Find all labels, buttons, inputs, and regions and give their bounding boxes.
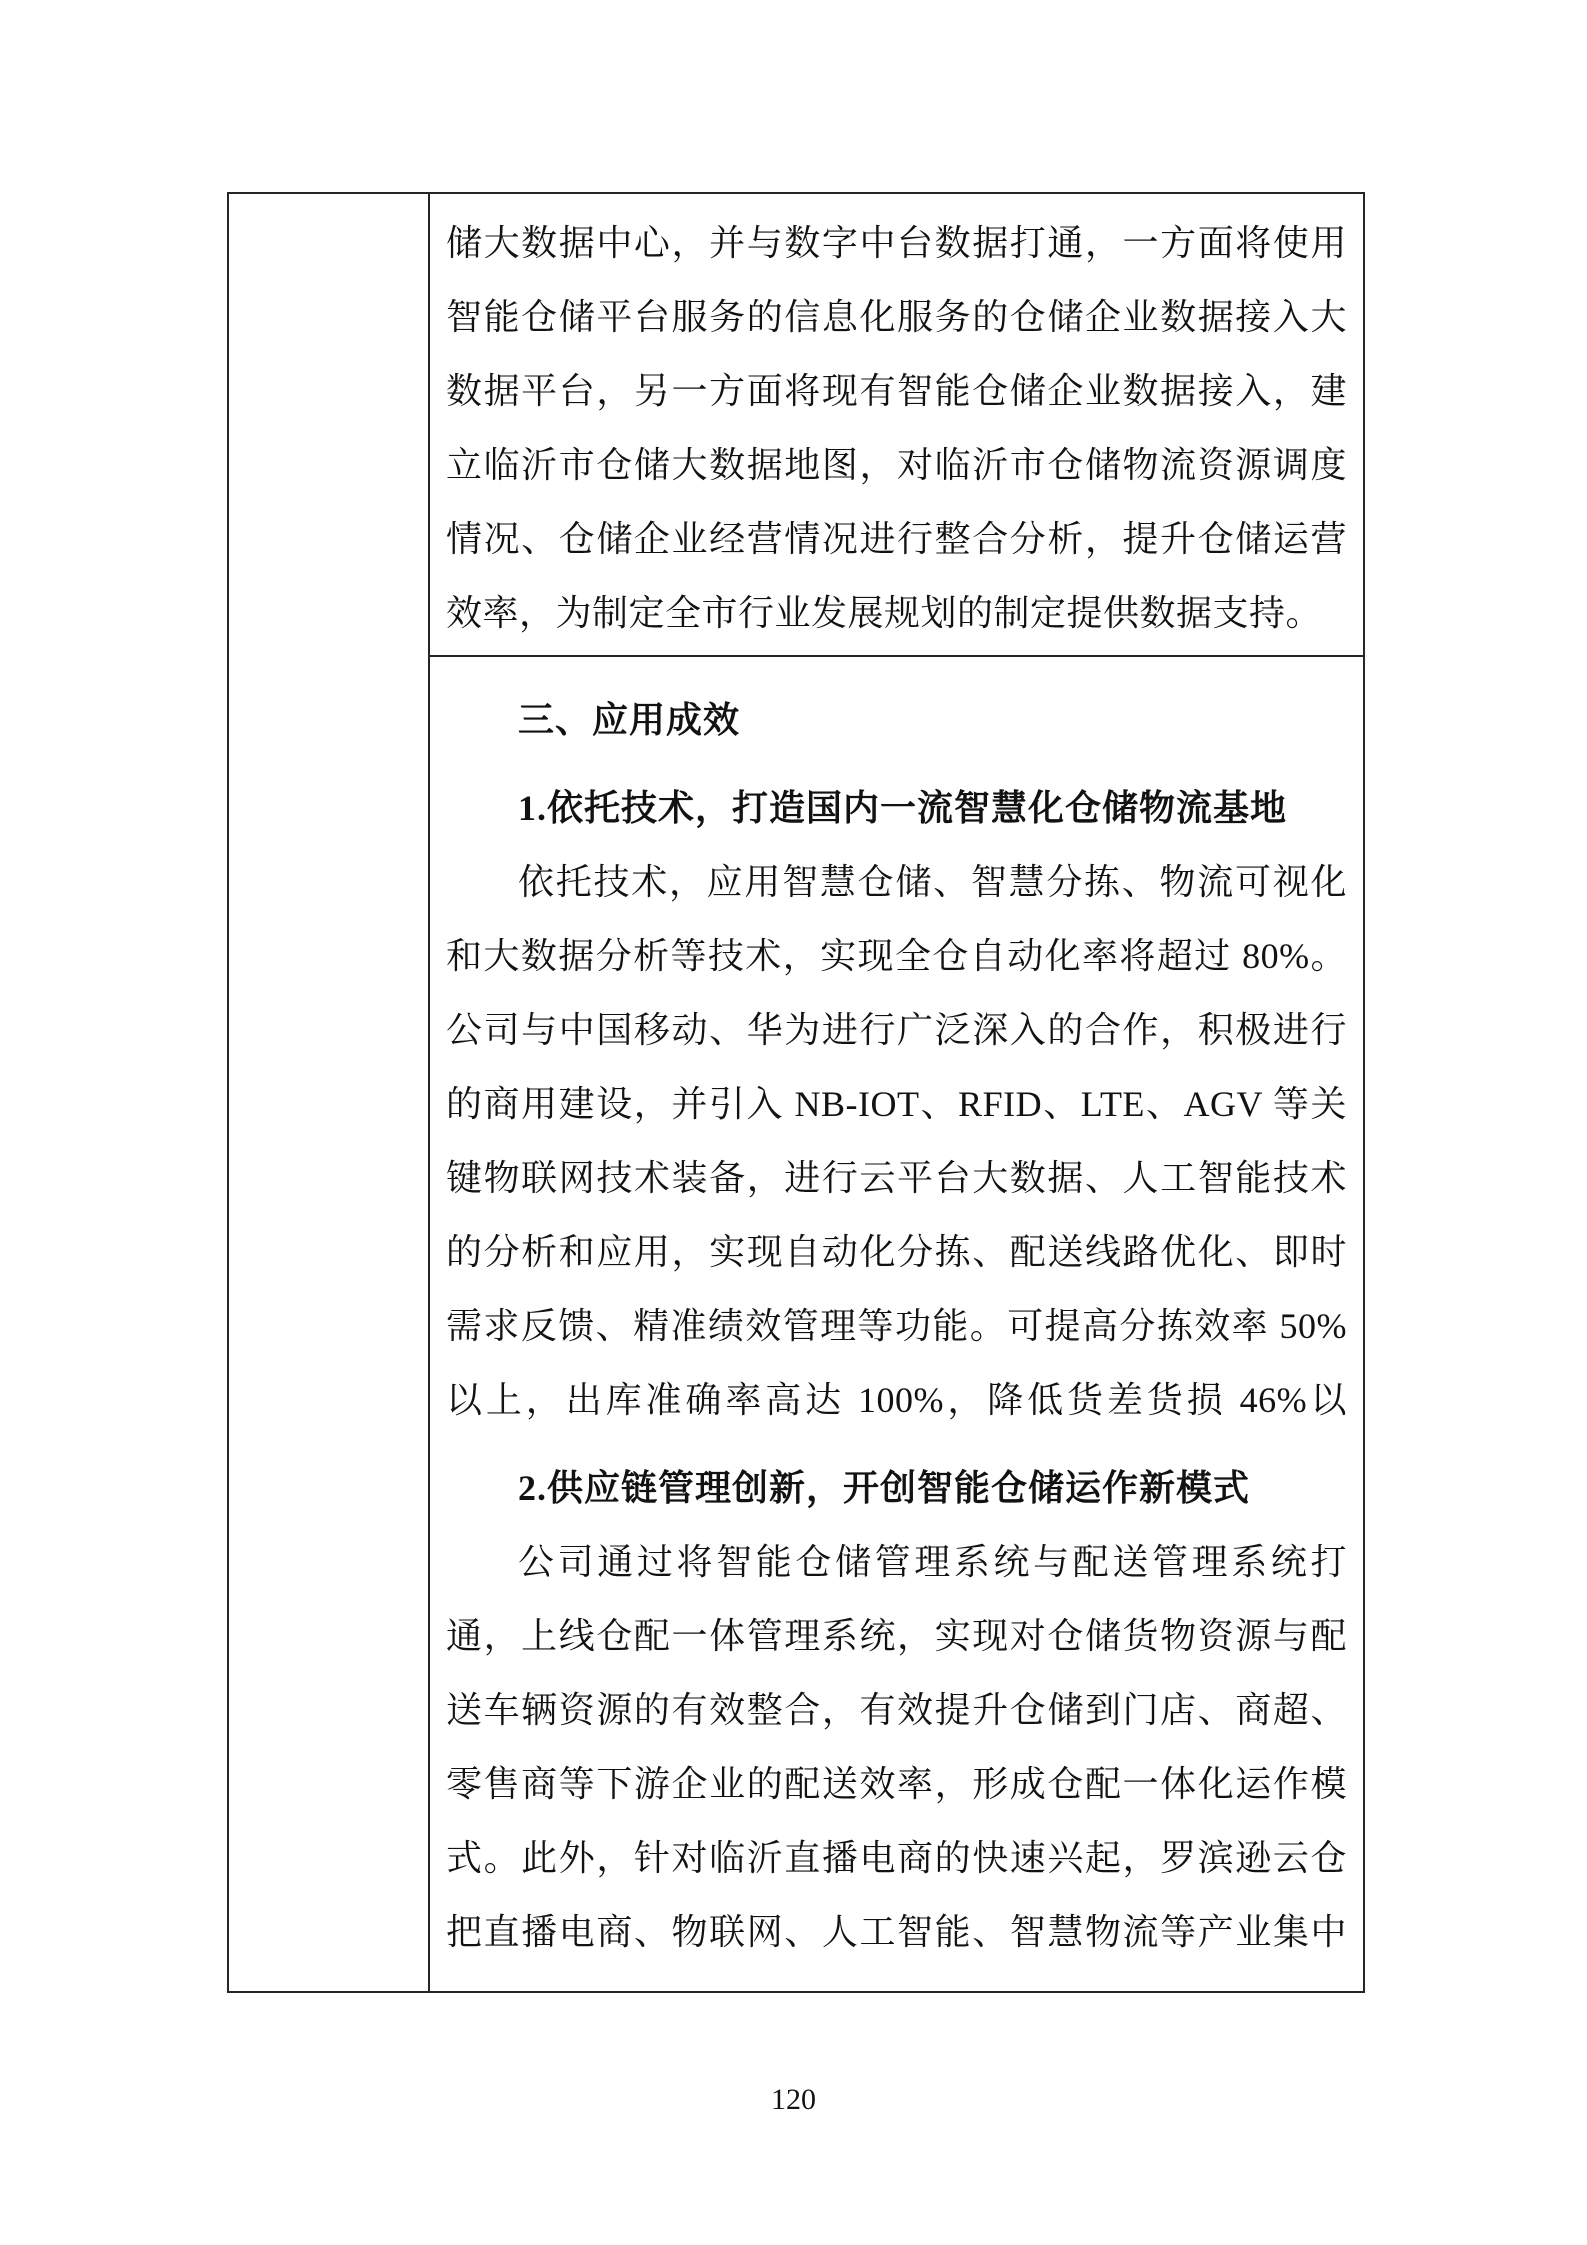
text-line: 的分析和应用，实现自动化分拣、配送线路优化、即时: [446, 1215, 1347, 1289]
text-line: 智能仓储平台服务的信息化服务的仓储企业数据接入大: [446, 280, 1347, 354]
table-content-column: 储大数据中心，并与数字中台数据打通，一方面将使用智能仓储平台服务的信息化服务的仓…: [430, 194, 1363, 1991]
carryover-paragraph-cell: 储大数据中心，并与数字中台数据打通，一方面将使用智能仓储平台服务的信息化服务的仓…: [430, 194, 1363, 657]
application-results-cell: 三、应用成效1.依托技术，打造国内一流智慧化仓储物流基地依托技术，应用智慧仓储、…: [430, 657, 1363, 1991]
page-number: 120: [0, 2080, 1587, 2120]
text-line: 公司通过将智能仓储管理系统与配送管理系统打: [446, 1525, 1347, 1599]
text-line: 需求反馈、精准绩效管理等功能。可提高分拣效率 50%: [446, 1289, 1347, 1363]
text-line: 储大数据中心，并与数字中台数据打通，一方面将使用: [446, 206, 1347, 280]
subsection-heading-1: 1.依托技术，打造国内一流智慧化仓储物流基地: [446, 771, 1347, 845]
text-line: 把直播电商、物联网、人工智能、智慧物流等产业集中: [446, 1895, 1347, 1969]
section-heading: 三、应用成效: [446, 683, 1347, 757]
text-line: 情况、仓储企业经营情况进行整合分析，提升仓储运营: [446, 502, 1347, 576]
text-line: 送车辆资源的有效整合，有效提升仓储到门店、商超、: [446, 1673, 1347, 1747]
text-line: 数据平台，另一方面将现有智能仓储企业数据接入，建: [446, 354, 1347, 428]
text-line: 零售商等下游企业的配送效率，形成仓配一体化运作模: [446, 1747, 1347, 1821]
text-line: 效率，为制定全市行业发展规划的制定提供数据支持。: [446, 576, 1347, 650]
subsection-heading-2: 2.供应链管理创新，开创智能仓储运作新模式: [446, 1451, 1347, 1525]
text-line: 公司与中国移动、华为进行广泛深入的合作，积极进行: [446, 993, 1347, 1067]
content-table: 储大数据中心，并与数字中台数据打通，一方面将使用智能仓储平台服务的信息化服务的仓…: [227, 192, 1365, 1993]
text-line: 键物联网技术装备，进行云平台大数据、人工智能技术: [446, 1141, 1347, 1215]
table-label-cell: [229, 194, 430, 1991]
text-line: 以上，出库准确率高达 100%，降低货差货损 46%以上。: [446, 1363, 1347, 1437]
text-line: 和大数据分析等技术，实现全仓自动化率将超过 80%。: [446, 919, 1347, 993]
document-page: 储大数据中心，并与数字中台数据打通，一方面将使用智能仓储平台服务的信息化服务的仓…: [0, 0, 1587, 2245]
text-line: 的商用建设，并引入 NB-IOT、RFID、LTE、AGV 等关: [446, 1067, 1347, 1141]
text-line: 依托技术，应用智慧仓储、智慧分拣、物流可视化: [446, 845, 1347, 919]
text-line: 通，上线仓配一体管理系统，实现对仓储货物资源与配: [446, 1599, 1347, 1673]
text-line: 立临沂市仓储大数据地图，对临沂市仓储物流资源调度: [446, 428, 1347, 502]
text-line: 式。此外，针对临沂直播电商的快速兴起，罗滨逊云仓: [446, 1821, 1347, 1895]
